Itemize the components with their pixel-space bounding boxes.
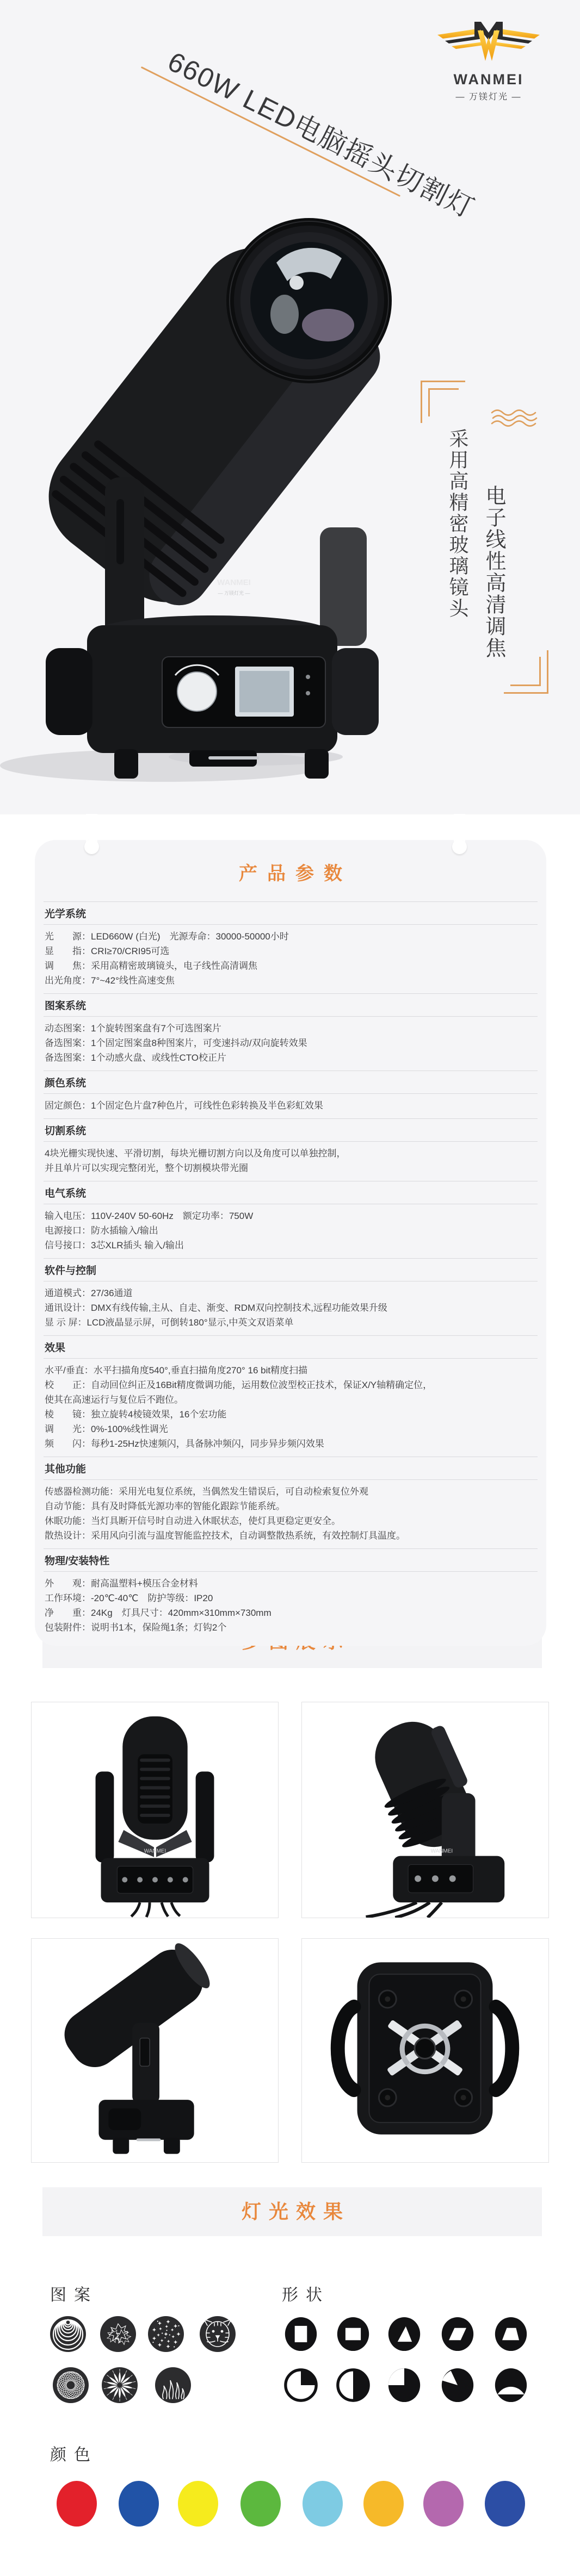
gobo-leaf-cluster-icon — [100, 2316, 137, 2353]
spec-section-title: 颜色系统 — [44, 1071, 538, 1094]
spec-section: 物理/安装特性外 观：耐高温塑料+模压合金材料工作环境：-20℃-40℃ 防护等… — [44, 1548, 538, 1635]
corner-bracket-icon — [421, 381, 465, 424]
spec-row: 使其在高速运行与复位后不跑位。 — [44, 1392, 538, 1407]
shape-segment-white-icon — [493, 2367, 528, 2404]
color-swatch-5 — [303, 2481, 343, 2527]
spec-row: 自动节能：具有及时降低光源功率的智能化跟踪节能系统。 — [44, 1499, 538, 1514]
shape-parallelogram-icon — [440, 2316, 475, 2353]
spec-row: 出光角度：7°~42°线性高速变焦 — [44, 973, 538, 988]
gallery-photo-front-view: WANMEI — [31, 1702, 279, 1918]
spec-row: 休眠功能：当灯具断开信号时自动进入休眠状态，使灯具更稳定更安全。 — [44, 1514, 538, 1528]
gallery-photo-angled-view: WANMEI — [301, 1702, 549, 1918]
spec-row: 并且单片可以实现完整闭光，整个切割模块带光圈 — [44, 1161, 538, 1175]
hero-banner-lens: 采用高精密玻璃镜头 — [444, 428, 472, 619]
strap-hole — [452, 839, 467, 854]
waves-icon — [491, 409, 543, 432]
spec-row: 工作环境：-20℃-40℃ 防护等级：IP20 — [44, 1591, 538, 1606]
spec-row: 棱 镜：独立旋转4棱镜效果，16个宏功能 — [44, 1407, 538, 1422]
spec-section-title: 软件与控制 — [44, 1258, 538, 1281]
color-swatch-6 — [363, 2481, 404, 2527]
spec-row: 输入电压：110V-240V 50-60Hz 额定功率：750W — [44, 1209, 538, 1223]
hero-section: WANMEI — 万镁灯光 — 660W LED电脑摇头切割灯 — [0, 0, 580, 814]
spec-row: 传感器检测功能：采用光电复位系统，当偶然发生错误后，可自动检索复位外观 — [44, 1484, 538, 1499]
svg-text:WANMEI: WANMEI — [217, 578, 251, 587]
spec-row: 光 源：LED660W (白光) 光源寿命：30000-50000小时 — [44, 929, 538, 944]
spec-sections: 光学系统光 源：LED660W (白光) 光源寿命：30000-50000小时显… — [44, 901, 538, 1635]
spec-section-title: 其他功能 — [44, 1457, 538, 1480]
spec-row: 调 光：0%-100%线性调光 — [44, 1422, 538, 1436]
gobo-flower-burst-icon — [101, 2367, 138, 2404]
gallery-photo-base-bottom-view — [301, 1938, 549, 2163]
spec-section: 切割系统4块光栅实现快速、平滑切割，每块光栅切割方向以及角度可以单独控制，并且单… — [44, 1118, 538, 1175]
spec-section: 电气系统输入电压：110V-240V 50-60Hz 额定功率：750W电源接口… — [44, 1181, 538, 1253]
spec-section-title: 光学系统 — [44, 901, 538, 925]
svg-text:WANMEI: WANMEI — [144, 1849, 166, 1855]
gobo-star-field-icon — [147, 2316, 184, 2353]
spec-section-title: 切割系统 — [44, 1118, 538, 1142]
spec-row: 备选图案：1个动感火盘、或线性CTO校正片 — [44, 1050, 538, 1065]
gobo-tiger-face-icon — [199, 2316, 236, 2353]
shape-pie-quarter-black-icon — [283, 2367, 319, 2403]
spec-row: 电源接口：防水插输入/输出 — [44, 1223, 538, 1238]
shape-pie-quarter-white-icon — [387, 2367, 422, 2404]
gobo-spiro-lattice-icon — [52, 2367, 89, 2404]
shape-half-moon-icon — [335, 2367, 371, 2403]
spec-row: 外 观：耐高温塑料+模压合金材料 — [44, 1576, 538, 1591]
gobo-flames-icon — [155, 2367, 192, 2404]
spec-row: 频 闪：每秒1-25Hz快速频闪，具备脉冲频闪，同步异步频闪效果 — [44, 1436, 538, 1451]
spec-section: 其他功能传感器检测功能：采用光电复位系统，当偶然发生错误后，可自动检索复位外观自… — [44, 1457, 538, 1543]
svg-text:— 万镁灯光 —: — 万镁灯光 — — [218, 590, 250, 596]
specs-title: 产品参数 — [44, 858, 538, 885]
color-swatch-1 — [57, 2481, 97, 2527]
gallery-photo-side-view — [31, 1938, 279, 2163]
spec-row: 通道模式：27/36通道 — [44, 1286, 538, 1301]
color-swatch-4 — [240, 2481, 281, 2527]
spec-row: 调 焦：采用高精密玻璃镜头，电子线性高清调焦 — [44, 959, 538, 973]
spec-row: 散热设计：采用风向引流与温度智能监控技术，自动调整散热系统，有效控制灯具温度。 — [44, 1528, 538, 1543]
product-poster: WANMEI — 万镁灯光 — 660W LED电脑摇头切割灯 — [0, 0, 580, 2576]
spec-section-title: 电气系统 — [44, 1181, 538, 1204]
color-swatch-2 — [119, 2481, 159, 2527]
shape-rect-portrait-icon — [283, 2316, 318, 2353]
spec-row: 4块光栅实现快速、平滑切割，每块光栅切割方向以及角度可以单独控制， — [44, 1146, 538, 1161]
color-swatch-7 — [423, 2481, 464, 2527]
spec-row: 显 指：CRI≥70/CRI95可选 — [44, 944, 538, 959]
color-label: 颜色 — [50, 2441, 98, 2465]
spec-row: 校 正：自动回位纠正及16Bit精度微调功能，运用数位波型校正技术，保证X/Y轴… — [44, 1378, 538, 1392]
spec-section: 光学系统光 源：LED660W (白光) 光源寿命：30000-50000小时显… — [44, 901, 538, 988]
shape-trapezoid-icon — [493, 2316, 528, 2353]
brand-logo: WANMEI — 万镁灯光 — — [431, 21, 546, 102]
spec-row: 净 重：24Kg 灯具尺寸：420mm×310mm×730mm — [44, 1606, 538, 1620]
spec-section-title: 图案系统 — [44, 993, 538, 1017]
gobo-shell-rings-icon — [50, 2316, 87, 2353]
color-swatch-3 — [178, 2481, 218, 2527]
effects-title: 灯光效果 — [42, 2187, 542, 2236]
corner-bracket-icon — [504, 650, 548, 694]
spec-section: 效果水平/垂直：水平扫描角度540°,垂直扫描角度270° 16 bit精度扫描… — [44, 1335, 538, 1451]
effects-band: 灯光效果 — [42, 2187, 542, 2236]
hero-banner-focus: 电子线性高清调焦 — [479, 485, 509, 659]
shape-rect-landscape-icon — [336, 2316, 371, 2353]
spec-row: 信号接口：3芯XLR插头 输入/输出 — [44, 1238, 538, 1253]
svg-text:WANMEI: WANMEI — [431, 1849, 453, 1855]
gobo-label: 图案 — [50, 2281, 98, 2305]
spec-row: 备选图案：1个固定图案盘8种图案片，可变速抖动/双向旋转效果 — [44, 1036, 538, 1050]
hero-product-image: WANMEI — 万镁灯光 — — [0, 147, 414, 791]
spec-row: 水平/垂直：水平扫描角度540°,垂直扫描角度270° 16 bit精度扫描 — [44, 1363, 538, 1378]
brand-name: WANMEI — [431, 71, 546, 88]
shape-wedge-white-icon — [440, 2367, 475, 2404]
spec-section: 图案系统动态图案：1个旋转图案盘有7个可选图案片备选图案：1个固定图案盘8种图案… — [44, 993, 538, 1065]
shape-triangle-icon — [387, 2316, 422, 2353]
spec-row: 固定颜色：1个固定色片盘7种色片，可线性色彩转换及半色彩虹效果 — [44, 1098, 538, 1113]
spec-row: 显 示 屏：LCD液晶显示屏，可倒转180°显示,中英文双语菜单 — [44, 1315, 538, 1330]
spec-section-title: 效果 — [44, 1335, 538, 1359]
spec-section: 软件与控制通道模式：27/36通道通讯设计：DMX有线传输,主从、自走、渐变、R… — [44, 1258, 538, 1330]
spec-row: 动态图案：1个旋转图案盘有7个可选图案片 — [44, 1021, 538, 1036]
spec-card: 产品参数 光学系统光 源：LED660W (白光) 光源寿命：30000-500… — [35, 840, 546, 1646]
spec-row: 包装附件：说明书1本，保险绳1条；灯钩2个 — [44, 1620, 538, 1635]
spec-section-title: 物理/安装特性 — [44, 1548, 538, 1572]
spec-row: 通讯设计：DMX有线传输,主从、自走、渐变、RDM双向控制技术,远程功能效果升级 — [44, 1301, 538, 1315]
wings-emblem-icon — [434, 60, 543, 70]
spec-section: 颜色系统固定颜色：1个固定色片盘7种色片，可线性色彩转换及半色彩虹效果 — [44, 1071, 538, 1113]
color-swatch-8 — [485, 2481, 525, 2527]
strap-hole — [84, 839, 99, 854]
shape-label: 形状 — [282, 2281, 330, 2305]
brand-tagline: — 万镁灯光 — — [431, 90, 546, 102]
